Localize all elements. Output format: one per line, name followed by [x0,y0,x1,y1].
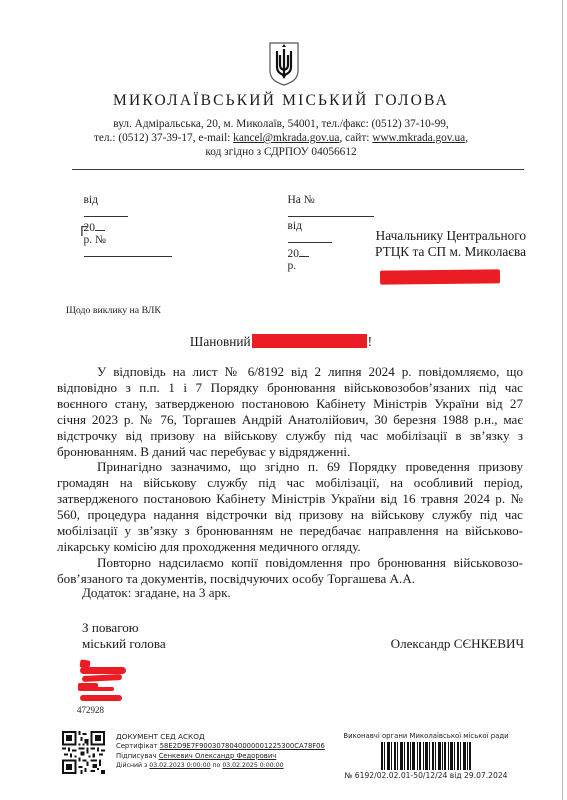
qr-code-icon[interactable] [62,730,105,775]
addressee-block: Начальнику Центрального РТЦК та СП м. Ми… [375,228,526,260]
executor-redaction [76,660,136,704]
registration-number: № 6192/02.02.01-50/12/24 від 29.07.2024 [336,771,516,781]
site-prefix: , сайт: [339,132,372,144]
contacts-suffix: , [465,132,468,144]
barcode-icon [381,742,471,770]
reply-year-prefix: 20 [288,248,300,260]
signature-block: З повагою міський голова [82,620,166,652]
certificate-value: 58E2D9E7F9003078040000001225300CA78F06 [160,742,325,750]
trident-emblem-icon [268,41,300,87]
salutation-suffix: ! [368,334,372,349]
org-edrpou: код згідно з СДРПОУ 04056612 [0,145,562,160]
esig-title: ДОКУМЕНТ СЕД АСКОД [116,731,325,742]
registration-stamp: Виконавчі органи Миколаївської міської р… [336,731,516,781]
attachment-note: Додаток: згадане, на 3 арк. [82,585,231,601]
reply-date-blank [288,232,332,243]
valid-label: Дійсний з [116,762,147,769]
addressee-line-1: Начальнику Центрального [375,228,526,244]
body-paragraph-3: Повторно надсилаємо копії повідомлення п… [57,555,523,587]
esig-certificate: Сертифікат 58E2D9E7F90030780400000012253… [116,742,325,752]
valid-to: 03.02.2025 0:00:00 [222,762,283,769]
certificate-label: Сертифікат [116,742,158,750]
signer-position: міський голова [82,636,166,652]
reply-year-suffix: р. [288,260,297,272]
header-divider [72,169,524,170]
body-paragraph-1: У відповідь на лист № 6/8192 від 2 липня… [57,364,523,459]
contacts-prefix: тел.: (0512) 37-39-17, e-mail: [94,132,233,144]
document-page: МИКОЛАЇВСЬКИЙ МІСЬКИЙ ГОЛОВА вул. Адміра… [0,0,563,800]
org-address: вул. Адміральська, 20, м. Миколаїв, 5400… [0,117,562,132]
org-title: МИКОЛАЇВСЬКИЙ МІСЬКИЙ ГОЛОВА [0,92,562,110]
reply-year-blank [299,246,309,257]
e-signature-stamp: ДОКУМЕНТ СЕД АСКОД Сертифікат 58E2D9E7F9… [116,731,325,771]
email-link[interactable]: kancel@mkrada.gov.ua [233,132,339,144]
valid-to-label: по [213,762,221,769]
corner-mark: Г [80,225,88,240]
salutation-prefix: Шановний [190,334,251,349]
body-paragraph-2: Принагідно зазначимо, що згідно п. 69 По… [57,459,523,554]
website-link[interactable]: www.mkrada.gov.ua [372,132,465,144]
incoming-reference: На № від 20 р. [276,182,374,284]
subject-line: Щодо виклику на ВЛК [66,305,161,316]
closing: З повагою [82,620,166,636]
number-blank [84,246,172,257]
org-contacts: тел.: (0512) 37-39-17, e-mail: kancel@mk… [0,131,562,146]
letter-body: У відповідь на лист № 6/8192 від 2 липня… [57,364,523,587]
signer-label: Підписувач [116,752,157,760]
signer-value: Сенкевич Олександр Федорович [159,752,277,760]
esig-signer: Підписувач Сенкевич Олександр Федорович [116,752,325,762]
salutation-name-redaction [252,334,367,348]
signer-name: Олександр СЄНКЕВИЧ [391,636,524,652]
salutation: Шановний! [0,334,562,350]
addressee-name-redaction [380,269,500,284]
registration-org: Виконавчі органи Миколаївської міської р… [336,731,516,741]
year-blank [95,220,105,231]
date-blank [84,206,128,217]
reply-from-label: від [288,220,302,232]
executor-phone: 472928 [77,705,104,715]
reply-number-blank [288,206,374,217]
reply-label: На № [288,194,315,206]
addressee-line-2: РТЦК та СП м. Миколаєва [375,244,526,260]
esig-validity: Дійсний з 03.02.2023 0:00:00 по 03.02.20… [116,761,325,771]
valid-from: 03.02.2023 0:00:00 [149,762,210,769]
from-label: від [84,194,98,206]
